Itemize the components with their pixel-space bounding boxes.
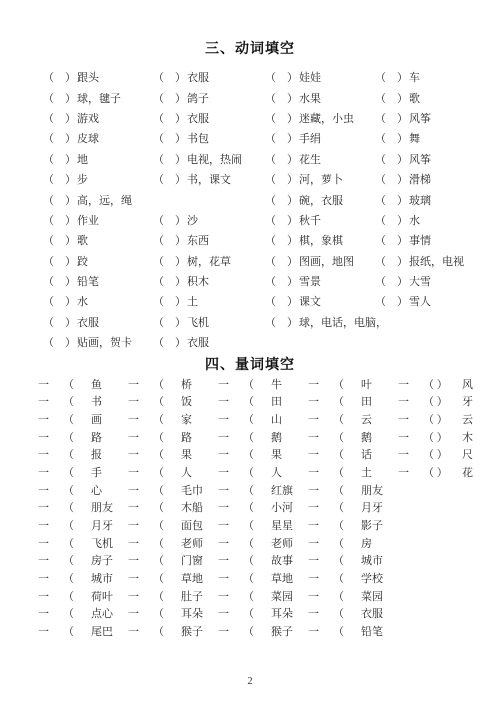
paren-blank: （ ） <box>43 110 76 126</box>
paren-blank: （ ） <box>153 253 186 269</box>
verb-word: 大雪 <box>409 276 431 288</box>
open-paren: （ <box>153 446 180 462</box>
measure-word: 红旗 <box>271 482 293 498</box>
measure-word: 人 <box>271 464 282 480</box>
verb-cell: （ ）积木 <box>153 273 265 289</box>
verb-cell: （ ）鸽子 <box>153 90 265 106</box>
numeral-one: 一 <box>128 552 153 568</box>
measure-row: 一（鱼一（桥一（牛一（叶一（ ）风 <box>38 375 496 393</box>
worksheet-page: 三、动词填空 （ ）跟头（ ）衣服（ ）娃娃（ ）车（ ）球，毽子（ ）鸽子（ … <box>0 0 500 707</box>
verb-word: 东西 <box>187 235 209 247</box>
measure-word: 故事 <box>271 552 293 568</box>
open-paren: （ <box>63 535 90 551</box>
measure-cell: 一（ ）云 <box>398 411 488 427</box>
measure-word: 风 <box>462 376 473 392</box>
numeral-one: 一 <box>398 429 423 445</box>
measure-cell: 一（老师 <box>128 535 218 551</box>
measure-word: 猴子 <box>271 623 293 639</box>
verb-word: 滑梯 <box>409 174 431 186</box>
open-paren: （ <box>153 605 180 621</box>
measure-word: 星星 <box>271 517 293 533</box>
numeral-one: 一 <box>218 482 243 498</box>
open-paren: （ <box>333 552 360 568</box>
measure-word: 小河 <box>271 499 293 515</box>
paren-blank: （ ） <box>43 314 76 330</box>
numeral-one: 一 <box>38 605 63 621</box>
measure-cell: 一（影子 <box>308 517 398 533</box>
verb-word: 娃娃 <box>299 72 321 84</box>
verb-cell: （ ）衣服 <box>153 110 265 126</box>
paren-blank: （ ） <box>153 273 186 289</box>
numeral-one: 一 <box>38 517 63 533</box>
paren-blank: （ ） <box>423 464 461 480</box>
numeral-one: 一 <box>38 552 63 568</box>
verb-word: 秋千 <box>299 215 321 227</box>
verb-cell: （ ）高，远，绳 <box>43 192 153 208</box>
numeral-one: 一 <box>38 393 63 409</box>
verb-word: 积木 <box>187 276 209 288</box>
measure-word: 门窗 <box>181 552 203 568</box>
measure-cell: 一（月牙 <box>308 499 398 515</box>
measure-word: 叶 <box>361 376 372 392</box>
verb-word: 图画，地图 <box>299 256 354 268</box>
verb-section-title: 三、动词填空 <box>0 38 500 58</box>
open-paren: （ <box>153 570 180 586</box>
verb-cell: （ ）风筝 <box>375 151 493 167</box>
measure-cell: 一（牛 <box>218 376 308 392</box>
measure-cell: 一（山 <box>218 411 308 427</box>
measure-cell: 一（田 <box>308 393 398 409</box>
measure-cell: 一（月牙 <box>38 517 128 533</box>
paren-blank: （ ） <box>265 90 298 106</box>
numeral-one: 一 <box>38 429 63 445</box>
verb-cell: （ ）球，电话，电脑， <box>265 314 375 330</box>
verb-row: （ ）跤（ ）树，花草（ ）图画，地图（ ）报纸，电视 <box>43 251 493 271</box>
numeral-one: 一 <box>398 411 423 427</box>
numeral-one: 一 <box>308 535 333 551</box>
measure-word: 木船 <box>181 499 203 515</box>
numeral-one: 一 <box>128 499 153 515</box>
verb-cell: （ ）迷藏，小虫 <box>265 110 375 126</box>
open-paren: （ <box>153 464 180 480</box>
paren-blank: （ ） <box>153 232 186 248</box>
verb-word: 歌 <box>77 235 88 247</box>
verb-row: （ ）高，远，绳（ ）碗，衣服（ ）玻璃 <box>43 189 493 209</box>
paren-blank: （ ） <box>375 293 408 309</box>
measure-word: 朋友 <box>91 499 113 515</box>
numeral-one: 一 <box>218 517 243 533</box>
verb-cell: （ ）球，毽子 <box>43 90 153 106</box>
paren-blank: （ ） <box>375 130 408 146</box>
open-paren: （ <box>63 446 90 462</box>
measure-word: 毛巾 <box>181 482 203 498</box>
measure-cell: 一（路 <box>128 429 218 445</box>
measure-cell: 一（故事 <box>218 552 308 568</box>
numeral-one: 一 <box>308 499 333 515</box>
numeral-one: 一 <box>218 588 243 604</box>
measure-cell: 一（鱼 <box>38 376 128 392</box>
measure-row: 一（心一（毛巾一（红旗一（朋友 <box>38 481 496 499</box>
open-paren: （ <box>63 552 90 568</box>
open-paren: （ <box>63 588 90 604</box>
verb-cell: （ ）贴画，贺卡 <box>43 334 153 350</box>
measure-word: 房 <box>361 535 372 551</box>
open-paren: （ <box>333 464 360 480</box>
measure-cell: 一（路 <box>38 429 128 445</box>
numeral-one: 一 <box>218 535 243 551</box>
open-paren: （ <box>243 446 270 462</box>
measure-cell: 一（云 <box>308 411 398 427</box>
verb-cell: （ ）皮球 <box>43 130 153 146</box>
verb-word: 沙 <box>187 215 198 227</box>
paren-blank: （ ） <box>153 334 186 350</box>
open-paren: （ <box>63 376 90 392</box>
numeral-one: 一 <box>38 535 63 551</box>
verb-word: 水 <box>77 296 88 308</box>
paren-blank: （ ） <box>43 130 76 146</box>
paren-blank: （ ） <box>265 151 298 167</box>
paren-blank: （ ） <box>43 273 76 289</box>
measure-cell: 一（房 <box>308 535 398 551</box>
measure-row: 一（尾巴一（猴子一（猴子一（铅笔 <box>38 622 496 640</box>
verb-cell: （ ）风筝 <box>375 110 493 126</box>
measure-cell: 一（土 <box>308 464 398 480</box>
measure-cell: 一（猴子 <box>218 623 308 639</box>
verb-cell: （ ）滑梯 <box>375 171 493 187</box>
open-paren: （ <box>333 446 360 462</box>
measure-row: 一（朋友一（木船一（小河一（月牙 <box>38 498 496 516</box>
measure-cell: 一（ ）尺 <box>398 446 488 462</box>
paren-blank: （ ） <box>265 69 298 85</box>
verb-word: 步 <box>77 174 88 186</box>
verb-word: 书，课文 <box>187 174 231 186</box>
numeral-one: 一 <box>308 411 333 427</box>
measure-word: 老师 <box>181 535 203 551</box>
measure-word: 云 <box>462 411 473 427</box>
measure-cell: 一（草地 <box>218 570 308 586</box>
paren-blank: （ ） <box>153 212 186 228</box>
measure-word: 报 <box>91 446 102 462</box>
paren-blank: （ ） <box>153 171 186 187</box>
verb-cell: （ ）棋，象棋 <box>265 232 375 248</box>
paren-blank: （ ） <box>265 314 298 330</box>
measure-row: 一（路一（路一（鹅一（鹅一（ ）木 <box>38 428 496 446</box>
numeral-one: 一 <box>308 517 333 533</box>
open-paren: （ <box>63 393 90 409</box>
open-paren: （ <box>63 517 90 533</box>
open-paren: （ <box>243 499 270 515</box>
open-paren: （ <box>63 623 90 639</box>
verb-word: 树，花草 <box>187 256 231 268</box>
numeral-one: 一 <box>308 570 333 586</box>
numeral-one: 一 <box>38 570 63 586</box>
open-paren: （ <box>333 605 360 621</box>
verb-word: 迷藏，小虫 <box>299 113 354 125</box>
measure-word: 草地 <box>181 570 203 586</box>
paren-blank: （ ） <box>375 232 408 248</box>
verb-word: 高，远，绳 <box>77 195 132 207</box>
verb-word: 碗，衣服 <box>299 195 343 207</box>
verb-word: 衣服 <box>187 337 209 349</box>
paren-blank: （ ） <box>43 334 76 350</box>
measure-word: 果 <box>181 446 192 462</box>
measure-word: 菜园 <box>361 588 383 604</box>
open-paren: （ <box>243 482 270 498</box>
numeral-one: 一 <box>218 499 243 515</box>
measure-cell: 一（话 <box>308 446 398 462</box>
numeral-one: 一 <box>308 605 333 621</box>
measure-word: 鱼 <box>91 376 102 392</box>
verb-word: 手绢 <box>299 133 321 145</box>
verb-cell: （ ）水果 <box>265 90 375 106</box>
verb-word: 歌 <box>409 93 420 105</box>
measure-row: 一（点心一（耳朵一（耳朵一（衣服 <box>38 604 496 622</box>
verb-cell: （ ）歌 <box>375 90 493 106</box>
measure-word: 耳朵 <box>181 605 203 621</box>
measure-word: 猴子 <box>181 623 203 639</box>
measure-row: 一（城市一（草地一（草地一（学校 <box>38 569 496 587</box>
numeral-one: 一 <box>218 570 243 586</box>
measure-cell: 一（田 <box>218 393 308 409</box>
measure-word: 鹅 <box>271 429 282 445</box>
measure-row: 一（荷叶一（肚子一（菜园一（菜园 <box>38 587 496 605</box>
measure-cell: 一（面包 <box>128 517 218 533</box>
open-paren: （ <box>153 376 180 392</box>
numeral-one: 一 <box>128 429 153 445</box>
paren-blank: （ ） <box>265 192 298 208</box>
paren-blank: （ ） <box>375 273 408 289</box>
measure-word: 山 <box>271 411 282 427</box>
verb-cell: （ ）大雪 <box>375 273 493 289</box>
paren-blank: （ ） <box>265 171 298 187</box>
measure-cell: 一（朋友 <box>308 482 398 498</box>
verb-cell: （ ）地 <box>43 151 153 167</box>
numeral-one: 一 <box>218 411 243 427</box>
verb-cell: （ ）娃娃 <box>265 69 375 85</box>
verb-word: 跟头 <box>77 72 99 84</box>
open-paren: （ <box>333 517 360 533</box>
measure-cell: 一（人 <box>218 464 308 480</box>
measure-cell: 一（毛巾 <box>128 482 218 498</box>
measure-row: 一（飞机一（老师一（老师一（房 <box>38 534 496 552</box>
open-paren: （ <box>243 588 270 604</box>
paren-blank: （ ） <box>423 446 461 462</box>
measure-cell: 一（家 <box>128 411 218 427</box>
numeral-one: 一 <box>128 446 153 462</box>
open-paren: （ <box>333 588 360 604</box>
numeral-one: 一 <box>128 517 153 533</box>
measure-word: 饭 <box>181 393 192 409</box>
verb-cell: （ ）书，课文 <box>153 171 265 187</box>
verb-cell: （ ）铅笔 <box>43 273 153 289</box>
verb-cell: （ ）事情 <box>375 232 493 248</box>
verb-word: 铅笔 <box>77 276 99 288</box>
open-paren: （ <box>333 429 360 445</box>
measure-word: 衣服 <box>361 605 383 621</box>
verb-word: 衣服 <box>77 317 99 329</box>
measure-row: 一（画一（家一（山一（云一（ ）云 <box>38 410 496 428</box>
paren-blank: （ ） <box>153 293 186 309</box>
measure-cell: 一（红旗 <box>218 482 308 498</box>
verb-cell: （ ）水 <box>43 293 153 309</box>
verb-word: 水 <box>409 215 420 227</box>
measure-word: 耳朵 <box>271 605 293 621</box>
page-number: 2 <box>0 676 500 687</box>
measure-cell: 一（ ）木 <box>398 429 488 445</box>
paren-blank: （ ） <box>43 90 76 106</box>
verb-cell: （ ）跤 <box>43 253 153 269</box>
measure-word: 老师 <box>271 535 293 551</box>
numeral-one: 一 <box>218 464 243 480</box>
paren-blank: （ ） <box>265 293 298 309</box>
numeral-one: 一 <box>38 411 63 427</box>
measure-word: 书 <box>91 393 102 409</box>
paren-blank: （ ） <box>423 411 461 427</box>
paren-blank: （ ） <box>153 90 186 106</box>
measure-word-exercise-grid: 一（鱼一（桥一（牛一（叶一（ ）风一（书一（饭一（田一（田一（ ）牙一（画一（家… <box>38 375 496 640</box>
open-paren: （ <box>243 376 270 392</box>
measure-cell: 一（ ）花 <box>398 464 488 480</box>
verb-cell: （ ）飞机 <box>153 314 265 330</box>
measure-word: 土 <box>361 464 372 480</box>
paren-blank: （ ） <box>153 130 186 146</box>
verb-cell: （ ）衣服 <box>153 69 265 85</box>
numeral-one: 一 <box>398 464 423 480</box>
verb-word: 跤 <box>77 256 88 268</box>
measure-cell: 一（铅笔 <box>308 623 398 639</box>
numeral-one: 一 <box>218 623 243 639</box>
verb-row: （ ）游戏（ ）衣服（ ）迷藏，小虫（ ）风筝 <box>43 108 493 128</box>
measure-word: 菜园 <box>271 588 293 604</box>
measure-cell: 一（画 <box>38 411 128 427</box>
verb-word: 土 <box>187 296 198 308</box>
verb-word: 衣服 <box>187 113 209 125</box>
measure-cell: 一（鹅 <box>308 429 398 445</box>
open-paren: （ <box>63 411 90 427</box>
measure-word: 花 <box>462 464 473 480</box>
open-paren: （ <box>63 605 90 621</box>
measure-word: 人 <box>181 464 192 480</box>
paren-blank: （ ） <box>423 393 461 409</box>
open-paren: （ <box>153 588 180 604</box>
open-paren: （ <box>63 482 90 498</box>
measure-cell: 一（耳朵 <box>128 605 218 621</box>
verb-word: 球，电话，电脑， <box>299 317 387 329</box>
verb-cell: （ ）水 <box>375 212 493 228</box>
measure-cell: 一（肚子 <box>128 588 218 604</box>
open-paren: （ <box>243 411 270 427</box>
open-paren: （ <box>63 429 90 445</box>
verb-row: （ ）铅笔（ ）积木（ ）雪景（ ）大雪 <box>43 271 493 291</box>
measure-word: 点心 <box>91 605 113 621</box>
verb-row: （ ）贴画，贺卡（ ）衣服 <box>43 332 493 352</box>
numeral-one: 一 <box>38 588 63 604</box>
measure-word-section-title: 四、量词填空 <box>0 354 500 374</box>
measure-word: 城市 <box>361 552 383 568</box>
verb-word: 飞机 <box>187 317 209 329</box>
open-paren: （ <box>333 411 360 427</box>
paren-blank: （ ） <box>375 90 408 106</box>
measure-word: 肚子 <box>181 588 203 604</box>
measure-word: 城市 <box>91 570 113 586</box>
measure-cell: 一（房子 <box>38 552 128 568</box>
measure-word: 手 <box>91 464 102 480</box>
verb-row: （ ）皮球（ ）书包（ ）手绢（ ）舞 <box>43 128 493 148</box>
paren-blank: （ ） <box>375 192 408 208</box>
measure-cell: 一（草地 <box>128 570 218 586</box>
verb-row: （ ）步（ ）书，课文（ ）河，萝卜（ ）滑梯 <box>43 169 493 189</box>
verb-cell: （ ）图画，地图 <box>265 253 375 269</box>
verb-cell: （ ）步 <box>43 171 153 187</box>
verb-word: 鸽子 <box>187 93 209 105</box>
measure-cell: 一（桥 <box>128 376 218 392</box>
measure-cell: 一（饭 <box>128 393 218 409</box>
numeral-one: 一 <box>128 464 153 480</box>
verb-cell: （ ）衣服 <box>153 334 265 350</box>
verb-cell: （ ）花生 <box>265 151 375 167</box>
paren-blank: （ ） <box>375 151 408 167</box>
measure-cell: 一（木船 <box>128 499 218 515</box>
measure-word: 学校 <box>361 570 383 586</box>
numeral-one: 一 <box>38 482 63 498</box>
measure-cell: 一（人 <box>128 464 218 480</box>
paren-blank: （ ） <box>265 273 298 289</box>
measure-word: 鹅 <box>361 429 372 445</box>
verb-cell: （ ）游戏 <box>43 110 153 126</box>
open-paren: （ <box>153 623 180 639</box>
measure-cell: 一（城市 <box>308 552 398 568</box>
verb-cell: （ ）跟头 <box>43 69 153 85</box>
numeral-one: 一 <box>398 376 423 392</box>
verb-word: 风筝 <box>409 154 431 166</box>
numeral-one: 一 <box>308 552 333 568</box>
numeral-one: 一 <box>38 623 63 639</box>
numeral-one: 一 <box>308 376 333 392</box>
paren-blank: （ ） <box>423 429 461 445</box>
measure-cell: 一（朋友 <box>38 499 128 515</box>
numeral-one: 一 <box>128 376 153 392</box>
measure-cell: 一（小河 <box>218 499 308 515</box>
open-paren: （ <box>153 499 180 515</box>
measure-cell: 一（尾巴 <box>38 623 128 639</box>
paren-blank: （ ） <box>265 232 298 248</box>
measure-word: 田 <box>361 393 372 409</box>
numeral-one: 一 <box>218 552 243 568</box>
verb-word: 作业 <box>77 215 99 227</box>
verb-row: （ ）水（ ）土（ ）课文（ ）雪人 <box>43 291 493 311</box>
open-paren: （ <box>333 376 360 392</box>
measure-cell: 一（城市 <box>38 570 128 586</box>
verb-exercise-grid: （ ）跟头（ ）衣服（ ）娃娃（ ）车（ ）球，毽子（ ）鸽子（ ）水果（ ）歌… <box>43 67 493 352</box>
measure-row: 一（房子一（门窗一（故事一（城市 <box>38 551 496 569</box>
verb-word: 水果 <box>299 93 321 105</box>
verb-word: 雪景 <box>299 276 321 288</box>
numeral-one: 一 <box>308 393 333 409</box>
verb-cell: （ ）手绢 <box>265 130 375 146</box>
open-paren: （ <box>243 605 270 621</box>
paren-blank: （ ） <box>153 314 186 330</box>
numeral-one: 一 <box>128 623 153 639</box>
verb-word: 衣服 <box>187 72 209 84</box>
verb-cell: （ ）碗，衣服 <box>265 192 375 208</box>
measure-word: 田 <box>271 393 282 409</box>
verb-word: 地 <box>77 154 88 166</box>
paren-blank: （ ） <box>43 192 76 208</box>
open-paren: （ <box>243 552 270 568</box>
measure-cell: 一（飞机 <box>38 535 128 551</box>
measure-cell: 一（耳朵 <box>218 605 308 621</box>
measure-cell: 一（果 <box>128 446 218 462</box>
